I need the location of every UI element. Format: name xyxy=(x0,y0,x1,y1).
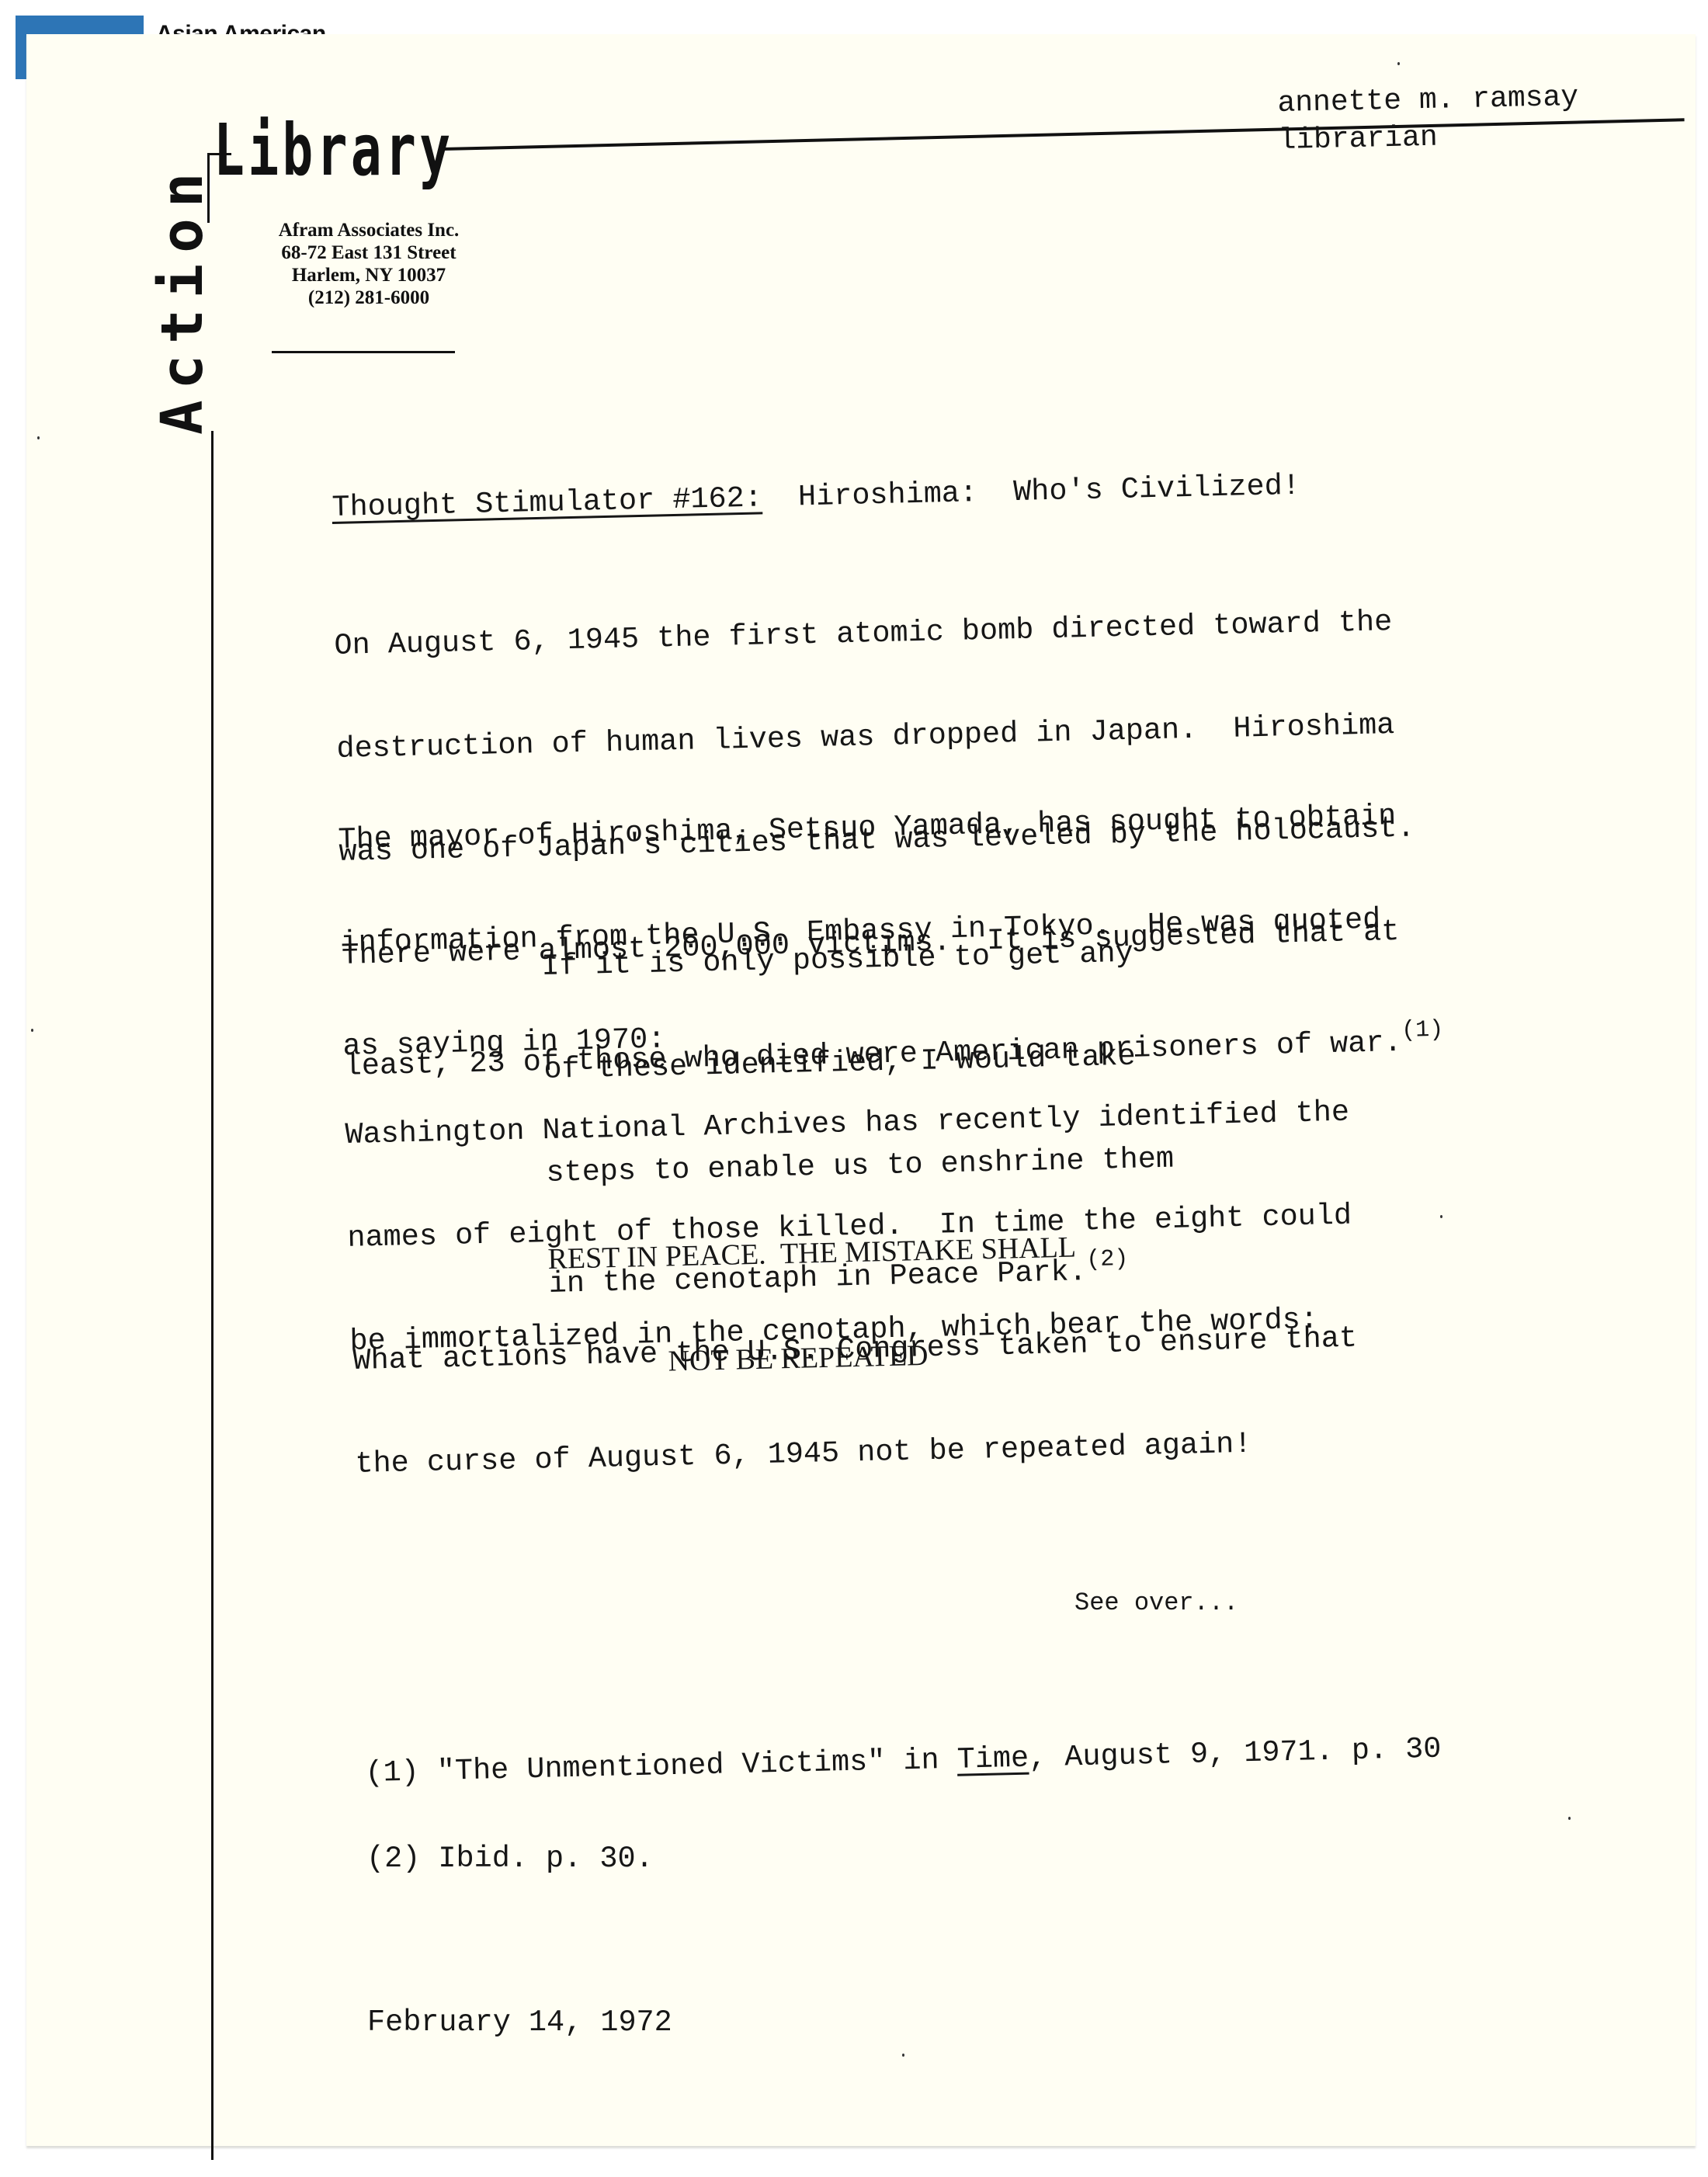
letterhead-connector xyxy=(208,153,231,155)
letterhead-action: Action xyxy=(149,162,216,435)
letterhead-library: Library xyxy=(213,109,453,192)
librarian-title: librarian xyxy=(1278,116,1580,160)
scan-speck xyxy=(31,1029,33,1032)
footnote-ref-1: (1) xyxy=(1401,1017,1444,1044)
text-line: What actions have the U.S. Congress take… xyxy=(352,1321,1358,1379)
scan-speck xyxy=(1440,1215,1442,1218)
scan-speck xyxy=(1568,1817,1571,1820)
address-line: (212) 281-6000 xyxy=(241,286,497,309)
address-rule xyxy=(272,351,455,353)
footnote-2: (2) Ibid. p. 30. xyxy=(366,1842,654,1876)
paragraph-4: What actions have the U.S. Congress take… xyxy=(351,1253,1361,1516)
letterhead-vertical-rule-lower xyxy=(211,431,213,2160)
address-line: Harlem, NY 10037 xyxy=(241,264,497,286)
scan-speck xyxy=(902,2054,904,2057)
footnote-1-publication: Time xyxy=(956,1741,1029,1777)
address-line: 68-72 East 131 Street xyxy=(241,241,497,264)
scan-speck xyxy=(1397,62,1400,65)
see-over-note: See over... xyxy=(1074,1588,1238,1617)
librarian-name: annette m. ramsay xyxy=(1277,79,1579,123)
text-line: The mayor of Hiroshima, Setsuo Yamada, h… xyxy=(338,799,1397,858)
text-line: On August 6, 1945 the first atomic bomb … xyxy=(334,604,1435,664)
text-line: the curse of August 6, 1945 not be repea… xyxy=(355,1425,1360,1482)
scan-speck xyxy=(37,436,40,439)
address-line: Afram Associates Inc. xyxy=(241,219,497,241)
document-date: February 14, 1972 xyxy=(367,2005,672,2040)
librarian-block: annette m. ramsay librarian xyxy=(1277,79,1580,160)
quote-line: If it is only possible to get any xyxy=(541,936,1169,984)
address-block: Afram Associates Inc. 68-72 East 131 Str… xyxy=(241,219,497,309)
text-line: Washington National Archives has recentl… xyxy=(345,1095,1350,1153)
